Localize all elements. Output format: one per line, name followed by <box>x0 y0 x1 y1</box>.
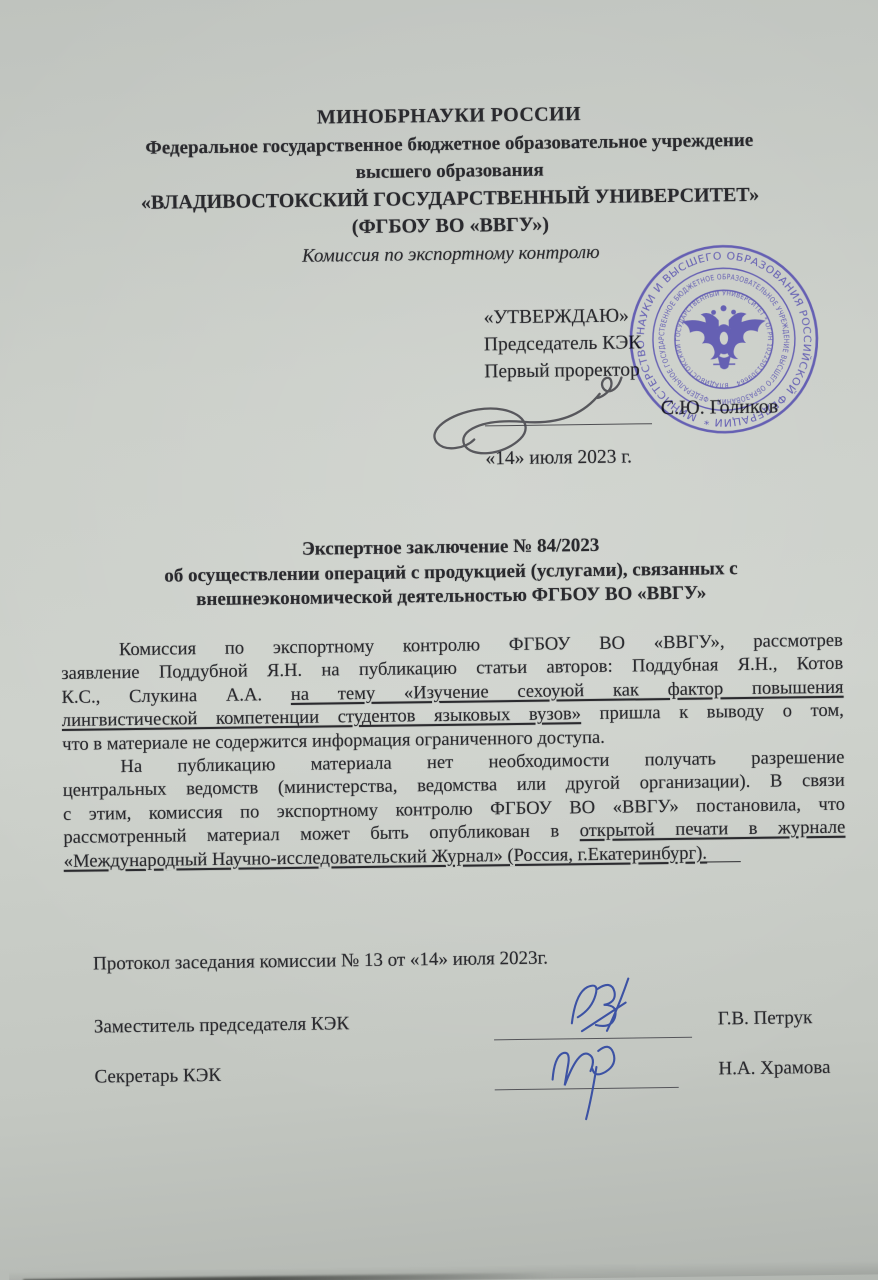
document-title: Экспертное заключение № 84/2023 об осуще… <box>60 531 843 615</box>
protocol-line: Протокол заседания комиссии № 13 от «14»… <box>93 948 548 976</box>
document-photo: МИНОБРНАУКИ РОССИИ Федеральное государст… <box>0 0 878 1280</box>
signatory-role-deputy: Заместитель председателя КЭК <box>94 1013 350 1038</box>
document-page: МИНОБРНАУКИ РОССИИ Федеральное государст… <box>0 0 878 1280</box>
paragraph-1: Комиссия по экспортному контролю ФГБОУ В… <box>61 629 844 756</box>
eagle-emblem <box>681 305 766 370</box>
university-stamp: МИНИСТЕРСТВО НАУКИ И ВЫСШЕГО ОБРАЗОВАНИЯ… <box>626 241 823 438</box>
document-body: Комиссия по экспортному контролю ФГБОУ В… <box>61 629 846 873</box>
signatory-name-petruk: Г.В. Петрук <box>718 1007 813 1030</box>
underline-extension <box>707 847 741 862</box>
khramova-signature <box>538 1032 643 1125</box>
paragraph-2: На публикацию материала нет необходимост… <box>62 746 845 873</box>
petruk-signature <box>553 972 672 1042</box>
signatory-name-khramova: Н.А. Храмова <box>718 1057 830 1080</box>
signatory-role-secretary: Секретарь КЭК <box>94 1065 221 1089</box>
bottom-shadow <box>9 1260 878 1280</box>
